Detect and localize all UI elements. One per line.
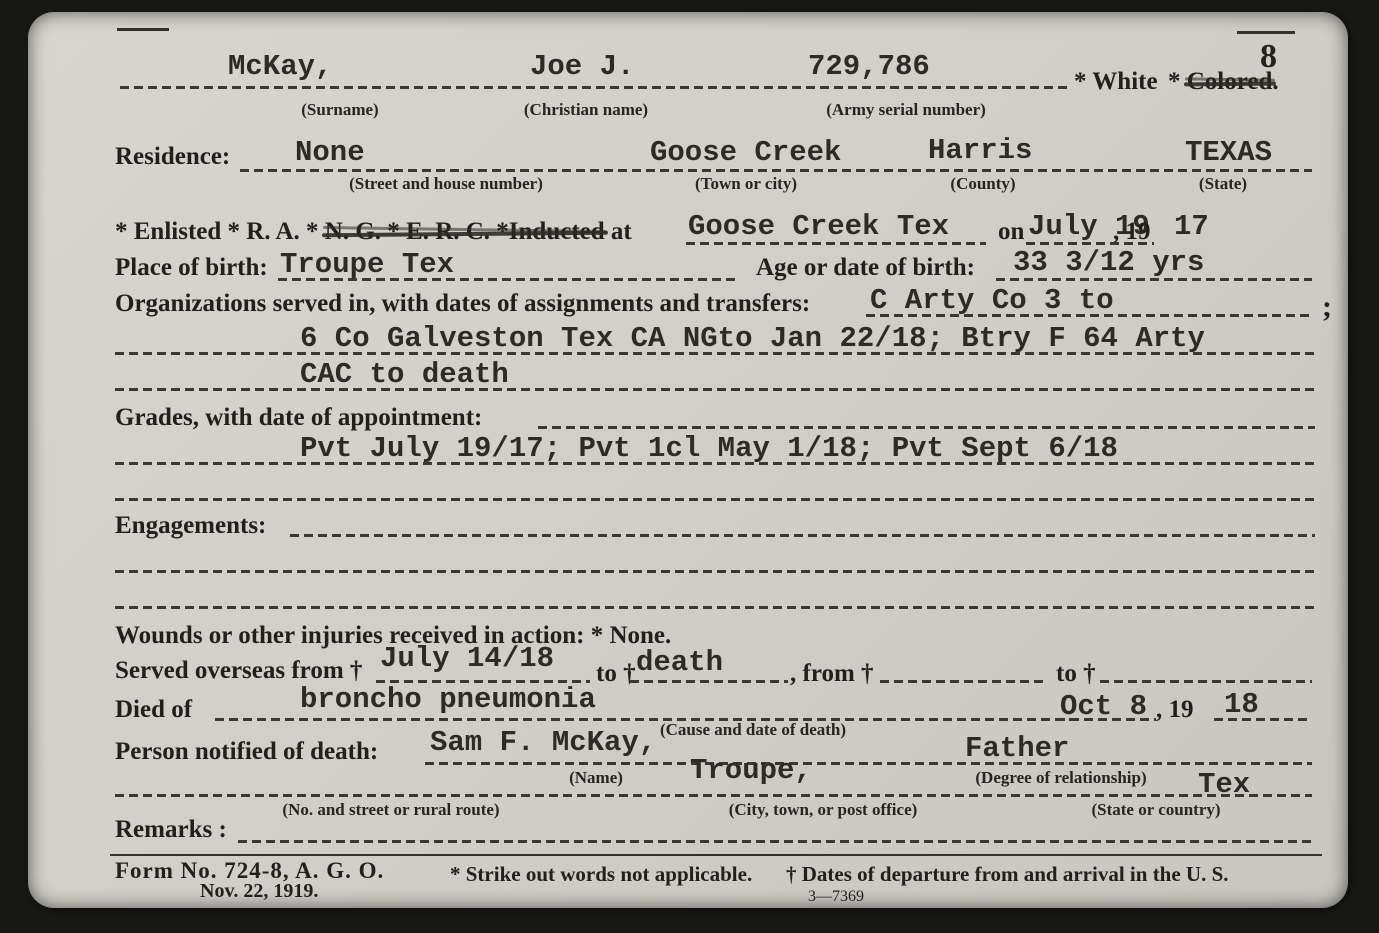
race-colored-struck-word: Colored [1187,68,1273,96]
overseas-from2-rule [880,680,1048,683]
notified-name-rule [425,762,1312,765]
enlistment-on-word: on [998,218,1024,246]
birth-place-rule [278,278,738,281]
residence-county-value: Harris [928,134,1032,167]
overseas-to1-label: to † [596,660,636,688]
notified-label: Person notified of death: [115,738,378,766]
residence-street-value: None [295,136,365,169]
remarks-rule [238,840,1312,843]
organizations-line1-rule [866,314,1314,317]
birth-place-label: Place of birth: [115,254,268,282]
overseas-to2-label: to † [1056,660,1096,688]
name-line-rule [120,86,1070,89]
race-colored-option: * Colored. [1168,68,1279,96]
surname-value: McKay, [228,50,332,83]
dagger-note: † Dates of departure from and arrival in… [786,862,1229,887]
enlistment-year-prefix: , 19 [1113,218,1151,246]
state-label: (State) [1199,174,1247,194]
form-date: Nov. 22, 1919. [200,880,318,903]
overseas-from1-value: July 14/18 [380,642,554,675]
christian-name-value: Joe J. [530,50,634,83]
print-code: 3—7369 [808,888,864,906]
engagements-rule3 [115,606,1315,609]
strike-out-note: * Strike out words not applicable. [450,862,752,887]
overseas-from2-label: , from † [790,660,874,688]
grades-value-rule [115,462,1315,465]
death-cause-value: broncho pneumonia [300,683,596,716]
engagements-rule1 [290,534,1315,537]
enlistment-place-value: Goose Creek Tex [688,210,949,243]
engagements-label: Engagements: [115,512,266,540]
enlistment-line: * Enlisted * R. A. * N. G. * E. R. C. *I… [115,218,632,246]
organizations-label: Organizations served in, with dates of a… [115,290,810,318]
organizations-line3-rule [115,388,1315,391]
christian-name-label: (Christian name) [524,100,648,120]
notified-relation-value: Father [965,732,1069,765]
death-year-rule [1214,718,1312,721]
birth-place-value: Troupe Tex [280,248,454,281]
organizations-line2-value: 6 Co Galveston Tex CA NGto Jan 22/18; Bt… [300,322,1205,355]
birth-age-label: Age or date of birth: [756,254,975,282]
notified-city-value: Troupe, [690,754,812,787]
scanned-service-record: { "colors":{"scan_bg":"#171715","card_bg… [0,0,1379,933]
birth-age-rule [996,278,1312,281]
notified-state-label: (State or country) [1091,800,1220,820]
notified-street-label: (No. and street or rural route) [282,800,499,820]
record-card: 8 McKay, Joe J. 729,786 * White * Colore… [28,12,1348,908]
notified-address-rule [115,794,1312,797]
street-label: (Street and house number) [349,174,543,194]
notified-city-label: (City, town, or post office) [729,800,918,820]
footer-divider [110,854,1322,856]
organizations-line3-value: CAC to death [300,358,509,391]
death-cause-label: (Cause and date of death) [660,720,846,740]
grades-label: Grades, with date of appointment: [115,404,482,432]
organizations-line2-rule [115,352,1315,355]
serial-number-value: 729,786 [808,50,930,83]
enlistment-at: at [605,218,632,245]
organizations-semicolon: ; [1322,290,1332,324]
birth-age-value: 33 3/12 yrs [1013,246,1204,279]
wounds-value: * None. [584,622,671,649]
town-label: (Town or city) [695,174,797,194]
died-of-label: Died of [115,696,192,724]
death-date-rule [1056,718,1156,721]
residence-label: Residence: [115,143,230,171]
county-label: (County) [950,174,1015,194]
residence-state-value: TEXAS [1185,136,1272,169]
grades-empty-rule [115,498,1315,501]
death-year-prefix: , 19 [1156,696,1194,724]
residence-town-value: Goose Creek [650,136,841,169]
overseas-to1-rule [630,680,788,683]
overseas-from1-label: Served overseas from † [115,657,362,685]
enlistment-place-rule [686,242,986,245]
race-colored-asterisk: * [1168,68,1187,95]
remarks-label: Remarks : [115,816,227,844]
enlistment-year-value: 17 [1174,210,1209,243]
grades-value: Pvt July 19/17; Pvt 1cl May 1/18; Pvt Se… [300,432,1118,465]
engagements-rule2 [115,570,1315,573]
page-number-rule [1237,31,1295,34]
serial-number-label: (Army serial number) [826,100,986,120]
notified-name-label: (Name) [569,768,623,788]
enlistment-struck-words: N. G. * E. R. C. *Inducted [325,218,605,246]
organizations-line1-value: C Arty Co 3 to [870,284,1114,317]
grades-label-rule [538,426,1315,429]
notified-relation-label: (Degree of relationship) [975,768,1146,788]
residence-rule [240,169,1312,172]
overseas-to2-rule [1100,680,1312,683]
surname-label: (Surname) [301,100,378,120]
overseas-to1-value: death [636,646,723,679]
death-year-value: 18 [1224,688,1259,721]
death-cause-rule [215,718,1081,721]
race-white-option: * White [1074,68,1158,96]
notified-name-value: Sam F. McKay, [430,726,656,759]
enlistment-prefix: * Enlisted * R. A. * [115,218,325,245]
scan-mark-line [117,28,169,31]
